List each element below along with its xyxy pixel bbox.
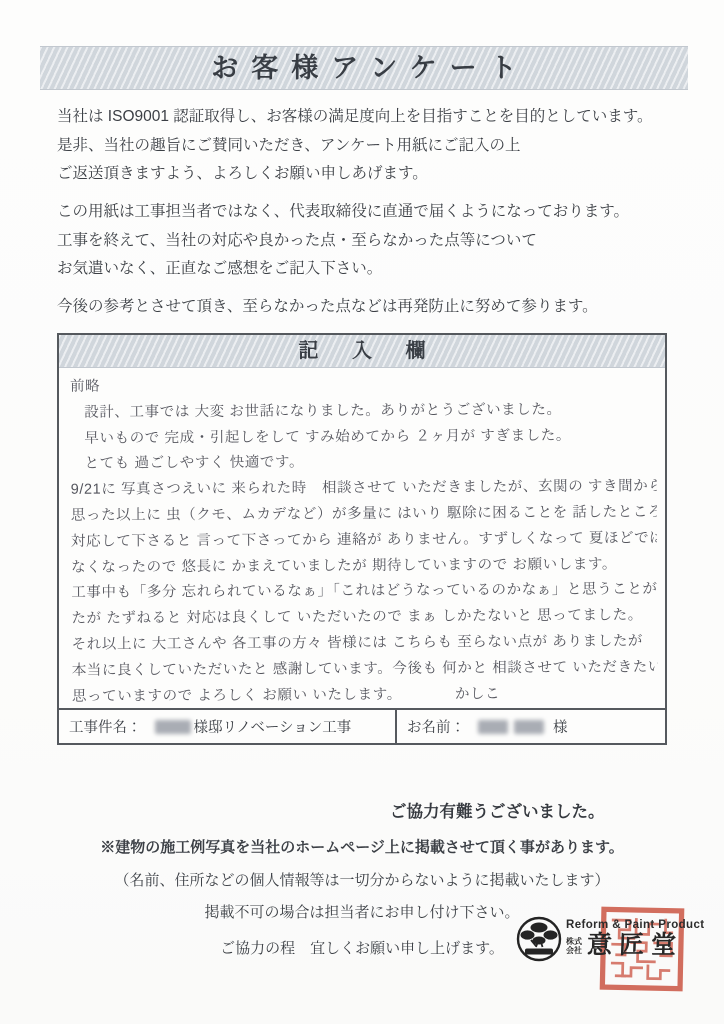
title-band: お客様アンケート xyxy=(40,46,688,90)
handwriting-line: 本当に良くしていただいたと 感謝しています。今後も 何かと 相談させて いただき… xyxy=(72,655,658,684)
intro-line: 今後の参考とさせて頂き、至らなかった点などは再発防止に努めて参ります。 xyxy=(57,293,677,322)
company-type-prefix: 株式 会社 xyxy=(566,937,582,955)
intro-line: ご返送頂きますよう、よろしくお願い申しあげます。 xyxy=(57,160,677,189)
intro-line: この用紙は工事担当者ではなく、代表取締役に直通で届くようになっております。 xyxy=(57,198,677,227)
handwriting-line: 対応して下さると 言って下さってから 連絡が ありません。すずしくなって 夏ほど… xyxy=(71,526,657,555)
handwriting-line: たが たずねると 対応は良くして いただいたので まぁ しかたないと 思ってまし… xyxy=(71,603,657,632)
entry-box: 記 入 欄 前略 設計、工事では 大変 お世話になりました。ありがとうございまし… xyxy=(57,333,667,745)
intro-paragraph-3: 今後の参考とさせて頂き、至らなかった点などは再発防止に努めて参ります。 xyxy=(57,293,677,322)
page-title: お客様アンケート xyxy=(198,55,529,82)
handwriting-line: 9/21に 写真さつえいに 来られた時 相談させて いただきましたが、玄関の す… xyxy=(71,474,657,503)
entry-box-title: 記 入 欄 xyxy=(284,341,439,361)
company-logo-text: Reform & Paint Product 株式 会社 意匠堂 xyxy=(566,919,705,958)
intro-line: 是非、当社の趣旨にご賛同いただき、アンケート用紙にご記入の上 xyxy=(57,132,677,161)
handwriting-line: 前略 xyxy=(70,371,656,400)
project-name-value: 様邸リノベーション工事 xyxy=(194,716,352,737)
intro-line: お気遣いなく、正直なご感想をご記入下さい。 xyxy=(57,255,677,284)
pine-tree-emblem-icon xyxy=(516,916,562,962)
customer-name-label: お名前： xyxy=(407,716,465,737)
entry-box-header: 記 入 欄 xyxy=(59,335,665,368)
handwritten-response: 前略 設計、工事では 大変 お世話になりました。ありがとうございました。 早いも… xyxy=(70,371,658,710)
project-name-label: 工事件名： xyxy=(69,716,142,737)
intro-line: 当社は ISO9001 認証取得し、お客様の満足度向上を目指すことを目的としてい… xyxy=(57,103,677,132)
handwriting-line: 早いもので 完成・引起しをして すみ始めてから ２ヶ月が すぎました。 xyxy=(70,423,656,452)
handwriting-line: 設計、工事では 大変 お世話になりました。ありがとうございました。 xyxy=(70,397,656,426)
customer-name-field: お名前： 様 xyxy=(397,710,665,743)
handwriting-line: それ以上に 大工さんや 各工事の方々 皆様には こちらも 至らない点が ありまし… xyxy=(72,629,658,658)
company-logo-block: Reform & Paint Product 株式 会社 意匠堂 xyxy=(512,905,712,1015)
handwriting-line: なくなったので 悠長に かまえていましたが 期待していますので お願いします。 xyxy=(71,552,657,581)
handwriting-line: 工事中も「多分 忘れられているなぁ」「これはどうなっているのかなぁ」と思うことが… xyxy=(71,578,657,607)
thanks-message: ご協力有難うございました。 xyxy=(390,798,605,822)
handwriting-line: 思った以上に 虫（クモ、ムカデなど）が多量に はいり 駆除に困ることを 話したと… xyxy=(71,500,657,529)
company-name: 意匠堂 xyxy=(587,933,684,958)
footer-note-photos: ※建物の施工例写真を当社のホームページ上に掲載させて頂く事があります。 xyxy=(0,836,724,857)
handwriting-line: とても 過ごしやすく 快適です。 xyxy=(70,449,656,478)
handwriting-line: 思っていますので よろしく お願い いたします。 かしこ xyxy=(72,681,658,710)
redacted-given-name xyxy=(514,720,544,734)
intro-paragraph-2: この用紙は工事担当者ではなく、代表取締役に直通で届くようになっております。 工事… xyxy=(57,198,677,284)
scanned-survey-page: お客様アンケート 当社は ISO9001 認証取得し、お客様の満足度向上を目指す… xyxy=(0,0,724,1024)
intro-paragraph-1: 当社は ISO9001 認証取得し、お客様の満足度向上を目指すことを目的としてい… xyxy=(57,103,677,189)
footer-note-privacy: （名前、住所などの個人情報等は一切分からないように掲載いたします） xyxy=(0,869,724,890)
redacted-surname xyxy=(478,720,508,734)
entry-box-field-row: 工事件名： 様邸リノベーション工事 お名前： 様 xyxy=(59,708,665,743)
customer-name-honorific: 様 xyxy=(553,716,568,737)
intro-line: 工事を終えて、当社の対応や良かった点・至らなかった点等について xyxy=(57,227,677,256)
redacted-project-owner xyxy=(155,720,191,734)
product-tagline: Reform & Paint Product xyxy=(566,919,705,931)
project-name-field: 工事件名： 様邸リノベーション工事 xyxy=(59,710,397,743)
